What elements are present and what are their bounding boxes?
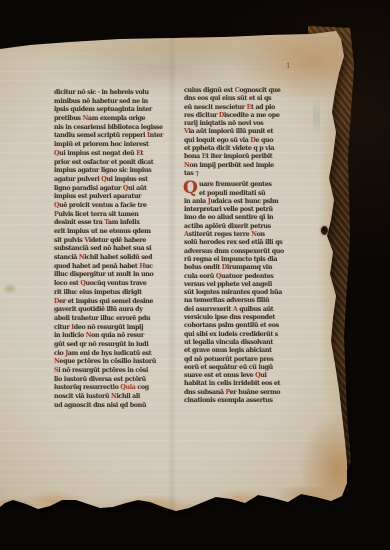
ink-text: eū nescit nescietur — [184, 104, 247, 111]
ink-text: dei asurrexerit — [184, 306, 233, 313]
ink-text: imo de eo aliud sentire qī in — [184, 214, 273, 221]
manuscript-line: cula eorū Quatuor pedentes — [184, 273, 302, 281]
manuscript-line: et populi meditati sū — [199, 190, 302, 198]
ink-text: na temeritas adversus filiū — [184, 297, 269, 304]
manuscript-line: eorū et sequātur eū cū iugū — [184, 364, 302, 372]
manuscript-line: lio iustorū diversa est pctōrū — [54, 376, 170, 385]
ink-text: e quo — [256, 137, 274, 144]
manuscript-line: uare fremuerūt gentes — [199, 181, 302, 189]
ink-text: qui sibi ex iudeis crediderūt s — [184, 331, 278, 338]
ink-text: ud agnoscit dns nisi qd bonū — [54, 402, 146, 409]
ink-text: t iter impiorū peribit — [206, 153, 272, 160]
manuscript-line: rū regna ei impuncto tpis dia — [184, 256, 302, 264]
ink-text: ipsis quidem septuaginta inter — [54, 106, 152, 113]
ink-text: res dicitur — [184, 112, 219, 119]
ink-text: adversus dnm conspexerūt quo — [184, 248, 284, 255]
manuscript-line: cio Jam eni de hys iudicatū est — [54, 350, 170, 359]
manuscript-line: qui loquit ego sū via De quo — [184, 137, 302, 145]
ink-text: t ad pio — [251, 104, 275, 111]
ink-text: am eni de hys iudicatū est — [68, 350, 151, 357]
ink-text: ichil ali — [116, 393, 140, 400]
manuscript-line: dicitur nō sic · in hebreis volu — [54, 89, 170, 98]
ink-text: aboli trahetur illuc errorē pdu — [54, 315, 150, 322]
ink-text: stanciā — [54, 254, 79, 261]
manuscript-line: qd nō potuerūt portare pres — [184, 356, 302, 364]
ink-text: cuius dignū est — [184, 87, 235, 94]
ink-text: gaverit quotidiē illū aura dy — [54, 306, 143, 313]
manuscript-line: Si nō resurgūt pctōres in cōsi — [54, 367, 170, 376]
ink-text: cula eorū — [184, 273, 216, 280]
ink-text: rarij iniqtatis nō novi vos — [184, 120, 263, 127]
ink-text: quod habet ad penā habet — [54, 263, 139, 270]
manuscript-line: agatur pulveri Qui impius est — [54, 176, 170, 185]
rubricated-text: ⁊ — [195, 170, 198, 177]
manuscript-line: rarij iniqtatis nō novi vos — [184, 120, 302, 128]
ink-text: er huāne sermo — [230, 389, 280, 396]
text-column-left: dicitur nō sic · in hebreis voluminibus … — [54, 89, 170, 410]
ink-text: t — [141, 150, 144, 157]
manuscript-line: ud agnoscit dns nisi qd bonū — [54, 402, 170, 411]
text-column-right: cuius dignū est Cognoscit quedns eos qui… — [184, 87, 302, 405]
manuscript-line: Non impij peribūt sed impie — [184, 162, 302, 170]
ink-text: erit impius ut ne etenus qdem — [54, 228, 151, 235]
ink-text: ui impius est negat deū — [59, 150, 136, 157]
ink-text: am infelix — [108, 219, 140, 226]
ink-text: dns subsanā — [184, 389, 226, 396]
ink-text: citur — [54, 324, 71, 331]
ink-text: interpretari velle post petrū — [184, 206, 273, 213]
ink-text: et populi meditati sū — [199, 190, 265, 197]
manuscript-line: interpretari velle post petrū — [184, 206, 302, 214]
manuscript-line: ut legalia vincula dissolvant — [184, 339, 302, 347]
edge-residue — [313, 98, 320, 136]
manuscript-line: Quē proicit ventus a facie tre — [54, 202, 170, 211]
ink-text: minibus nō habetur sed ne in — [54, 98, 148, 105]
ink-text: ichil habet solidū sed — [84, 254, 152, 261]
ink-text: uare fremuerūt gentes — [199, 181, 272, 188]
manuscript-line: na temeritas adversus filiū — [184, 297, 302, 305]
ink-text: prior est osfactor et ponit dicat — [54, 159, 153, 166]
manuscript-line: tas ⁊ — [184, 170, 302, 178]
psalm-2-commentary-lines: in ania Judaica est hunc pslminterpretar… — [184, 198, 302, 405]
manuscript-line: Via aūt impiorū illū punit et — [184, 128, 302, 136]
ink-text: agatur pulveri — [54, 176, 101, 183]
ink-text: gūt sed qr nō resurgūt in iudi — [54, 341, 148, 348]
manuscript-line: solū herodes rex sed etiā illi qs — [184, 239, 302, 247]
ink-text: stiterūt reges terre — [189, 231, 252, 238]
manuscript-line: Neque pctōres in cōsilio iustorū — [54, 358, 170, 367]
manuscript-line: ipsis quidem septuaginta inter — [54, 106, 170, 115]
ink-text: et ppheta dicit videte q p via — [184, 145, 274, 152]
ink-text: qui loquit ego sū via — [184, 137, 250, 144]
manuscript-line: sit pulvis Videtur qdē habere — [54, 237, 170, 246]
manuscript-line: adversus dnm conspexerūt quo — [184, 248, 302, 256]
ink-text: udaica est hunc pslm — [210, 198, 278, 205]
ink-text: in ania — [184, 198, 208, 205]
manuscript-line: dns subsanā Per huāne sermo — [184, 389, 302, 397]
ink-text: bolus ondit — [184, 264, 222, 271]
manuscript-line: minibus nō habetur sed ne in — [54, 98, 170, 107]
drop-cap-initial: Q — [183, 180, 198, 197]
manuscript-line: desinit esse tra Tam infelix — [54, 219, 170, 228]
ink-text: tas — [184, 170, 195, 177]
ink-text: cog — [136, 384, 149, 391]
ink-text: iscedite a me ope — [224, 112, 279, 119]
ink-text: solū herodes rex sed etiā illi qs — [184, 239, 282, 246]
ink-text: habitat in celis irridebit eos et — [184, 380, 280, 387]
ink-text: am exempla orige — [88, 115, 145, 122]
ink-text: uc — [145, 263, 153, 270]
ink-text: quibus aūt — [237, 306, 273, 313]
manuscript-line: et grave onus legis abiciant — [184, 347, 302, 355]
ink-text: idetur qdē habere — [89, 237, 146, 244]
psalm-2-section: Q uare fremuerūt genteset populi meditat… — [184, 181, 302, 198]
ink-text: ognoscit que — [239, 87, 280, 94]
ink-text: on — [257, 231, 265, 238]
ink-text: loco est — [54, 280, 80, 287]
manuscript-line: gaverit quotidiē illū aura dy — [54, 306, 170, 315]
ink-text: suave est et onus leve — [184, 372, 255, 379]
manuscript-line: pretibus Nam exempla orige — [54, 115, 170, 124]
ink-text: actibs aplōrū dixerit petrus — [184, 223, 271, 230]
ink-text: dns eos qui eius sūt et si qs — [184, 95, 271, 102]
manuscript-photo: 1 dicitur nō sic · in hebreis voluminibu… — [0, 0, 390, 550]
ink-text: ia aūt impiorū illū punit et — [188, 128, 273, 135]
manuscript-line: Qui impius est negat deū Et — [54, 150, 170, 159]
manuscript-line: erit impius ut ne etenus qdem — [54, 228, 170, 237]
ink-text: ui impius est — [106, 176, 147, 183]
ink-text: qd nō potuerūt portare pres — [184, 356, 273, 363]
page-wrap: 1 dicitur nō sic · in hebreis voluminibu… — [0, 0, 390, 550]
drop-cap-lines: uare fremuerūt genteset populi meditati … — [199, 181, 302, 198]
manuscript-line: cinationis exempla assertus — [184, 397, 302, 405]
ink-text: dicitur nō sic · in hebreis volu — [54, 89, 149, 96]
manuscript-line: Pulvis licet terra sit tamen — [54, 211, 170, 220]
folio-number: 1 — [286, 62, 290, 70]
ink-text: desinit esse tra — [54, 219, 104, 226]
ink-text: uocūq ventus trave — [85, 280, 146, 287]
manuscript-line: bolus ondit Dirumpamq vin — [184, 264, 302, 272]
ink-text: ulvis licet terra sit tamen — [58, 211, 138, 218]
manuscript-line: aboli trahetur illuc errorē pdu — [54, 315, 170, 324]
ink-text: et grave onus legis abiciant — [184, 347, 272, 354]
manuscript-line: et ppheta dicit videte q p via — [184, 145, 302, 153]
manuscript-line: illuc dispergitur ut mult in uno — [54, 271, 170, 280]
manuscript-line: substanciā sed nō habet sua si — [54, 245, 170, 254]
manuscript-line: bona Et iter impiorū peribit — [184, 153, 302, 161]
manuscript-line: impius agatur ligno sic impius — [54, 167, 170, 176]
manuscript-line: impius est pulveri aparatur — [54, 193, 170, 202]
manuscript-line: iustorūq resurrectio Quia cog — [54, 384, 170, 393]
ink-text: bona — [184, 153, 202, 160]
ink-text: uē proicit ventus a facie tre — [59, 202, 146, 209]
manuscript-line: res dicitur Discedite a me ope — [184, 112, 302, 120]
ink-text: eque pctōres in cōsilio iustorū — [59, 358, 156, 365]
manuscript-line: in ania Judaica est hunc pslm — [184, 198, 302, 206]
ink-text: substanciā sed nō habet sua si — [54, 245, 151, 252]
ink-text: cio — [54, 350, 65, 357]
manuscript-line: in iudicio Non quia nō resur — [54, 332, 170, 341]
ink-text: cohortans pslm gentilū et eos — [184, 322, 279, 329]
ink-text: cinationis exempla assertus — [184, 397, 273, 404]
manuscript-line: rit illuc eius impetus dirigit — [54, 289, 170, 298]
manuscript-line: dei asurrexerit A quibus aūt — [184, 306, 302, 314]
ink-text: ut legalia vincula dissolvant — [184, 339, 273, 346]
manuscript-line: loco est Quocūq ventus trave — [54, 280, 170, 289]
ink-text: uatuor pedentes — [221, 273, 273, 280]
ink-text: in iudicio — [54, 332, 86, 339]
ink-text: sūt loqntes mirantes quod hūa — [184, 289, 282, 296]
manuscript-line: impiū et priorem hoc interest — [54, 141, 170, 150]
ink-text: rū regna ei impuncto tpis dia — [184, 256, 277, 263]
manuscript-line: cuius dignū est Cognoscit que — [184, 87, 302, 95]
ink-text: rit illuc eius impetus dirigit — [54, 289, 142, 296]
ink-text: irumpamq vin — [227, 264, 272, 271]
manuscript-line: gūt sed qr nō resurgūt in iudi — [54, 341, 170, 350]
manuscript-line: versus vel pphete vel angeli — [184, 281, 302, 289]
manuscript-line: eū nescit nescietur Et ad pio — [184, 104, 302, 112]
ink-text: impius est pulveri aparatur — [54, 193, 141, 200]
ink-text: deo nō resurgūt impij — [74, 324, 143, 331]
ink-text: illuc dispergitur ut mult in uno — [54, 271, 153, 278]
ink-text: pretibus — [54, 115, 83, 122]
rubricated-text: Quia — [120, 384, 135, 391]
ink-text: nter — [150, 132, 163, 139]
ink-text: nis in cesariensi biblioteca legisse — [54, 124, 163, 131]
manuscript-line: tandiu semel scriptū repperi Inter — [54, 132, 170, 141]
manuscript-line: qui sibi ex iudeis crediderūt s — [184, 331, 302, 339]
parchment-page: 1 dicitur nō sic · in hebreis voluminibu… — [0, 0, 390, 550]
manuscript-line: nis in cesariensi biblioteca legisse — [54, 124, 170, 133]
manuscript-line: habitat in celis irridebit eos et — [184, 380, 302, 388]
manuscript-line: noscit viā iustorū Nichil ali — [54, 393, 170, 402]
psalm-1-commentary-lines: cuius dignū est Cognoscit quedns eos qui… — [184, 87, 302, 178]
manuscript-line: quod habet ad penā habet Huc — [54, 263, 170, 272]
ink-text: ligno paradisi agatur — [54, 185, 123, 192]
ink-text: tandiu semel scriptū repperi — [54, 132, 147, 139]
ink-text: sit pulvis — [54, 237, 84, 244]
ink-text: impiū et priorem hoc interest — [54, 141, 149, 148]
manuscript-line: dns eos qui eius sūt et si qs — [184, 95, 302, 103]
manuscript-line: stanciā Nichil habet solidū sed — [54, 254, 170, 263]
ink-text: on impij peribūt sed impie — [189, 162, 273, 169]
ink-text: impius agatur ligno sic impius — [54, 167, 151, 174]
ink-text: noscit viā iustorū — [54, 393, 111, 400]
manuscript-line: Der et impius qui semel desine — [54, 298, 170, 307]
manuscript-line: cohortans pslm gentilū et eos — [184, 322, 302, 330]
ink-text: i nō resurgūt pctōres in cōsi — [58, 367, 148, 374]
manuscript-line: ligno paradisi agatur Qui aūt — [54, 185, 170, 194]
manuscript-line: sūt loqntes mirantes quod hūa — [184, 289, 302, 297]
ink-text: on quia nō resur — [91, 332, 144, 339]
ink-text: er et impius qui semel desine — [59, 298, 153, 305]
ink-text: eorū et sequātur eū cū iugū — [184, 364, 273, 371]
ink-text: iustorūq resurrectio — [54, 384, 120, 391]
manuscript-line: actibs aplōrū dixerit petrus — [184, 223, 302, 231]
manuscript-line: imo de eo aliud sentire qī in — [184, 214, 302, 222]
manuscript-line: versiculo ipse dns respondet — [184, 314, 302, 322]
manuscript-line: prior est osfactor et ponit dicat — [54, 159, 170, 168]
ink-text: ui — [260, 372, 266, 379]
manuscript-line: citur Ideo nō resurgūt impij — [54, 324, 170, 333]
manuscript-line: suave est et onus leve Qui — [184, 372, 302, 380]
ink-text: ui aūt — [128, 185, 147, 192]
ink-text: versus vel pphete vel angeli — [184, 281, 272, 288]
manuscript-line: Astiterūt reges terre Non — [184, 231, 302, 239]
ink-text: versiculo ipse dns respondet — [184, 314, 275, 321]
wormhole — [321, 226, 328, 235]
ink-text: lio iustorū diversa est pctōrū — [54, 376, 146, 383]
